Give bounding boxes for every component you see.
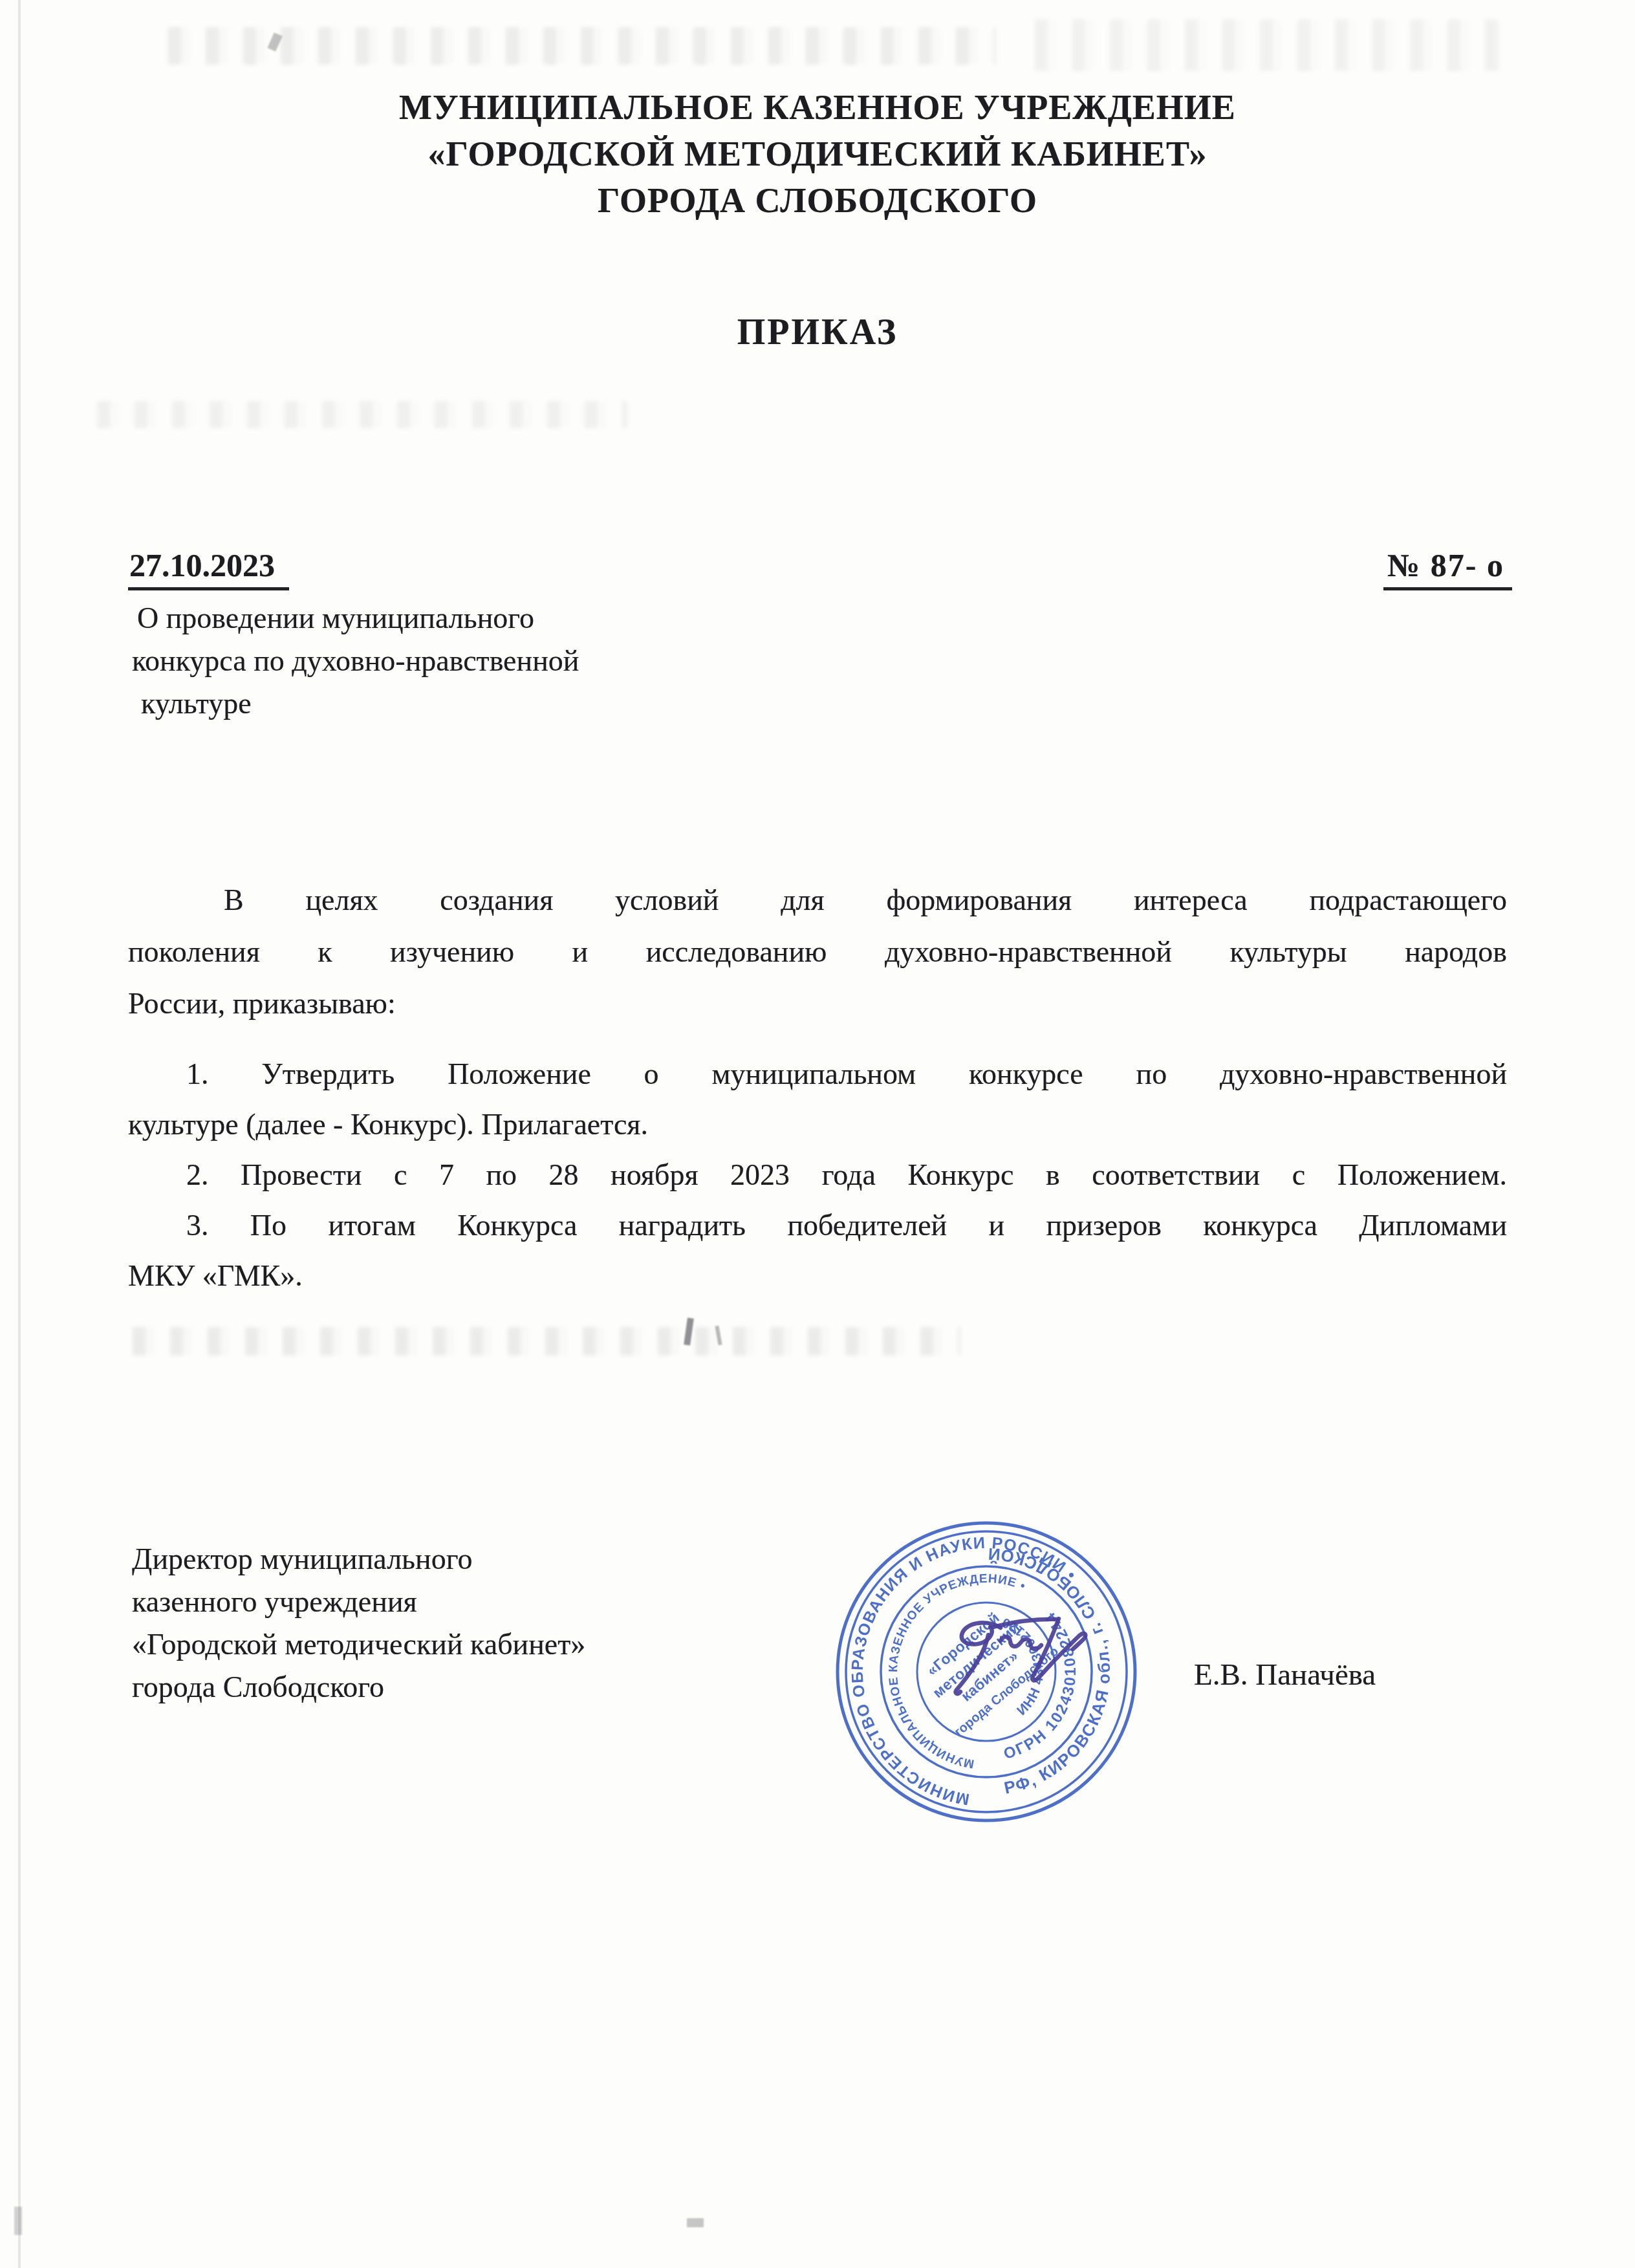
preamble-paragraph: В целях создания условий для формировани… xyxy=(128,874,1507,1030)
order-item-line: МКУ «ГМК». xyxy=(128,1251,1507,1301)
order-item-line: культуре (далее - Конкурс). Прилагается. xyxy=(128,1099,1507,1150)
order-item-line: 3. По итогам Конкурса наградить победите… xyxy=(128,1200,1507,1251)
letterhead: МУНИЦИПАЛЬНОЕ КАЗЕННОЕ УЧРЕЖДЕНИЕ «ГОРОД… xyxy=(0,84,1635,224)
scan-smudge xyxy=(97,401,627,428)
subject-line: конкурса по духовно-нравственной xyxy=(132,640,779,682)
signer-position-line: Директор муниципального xyxy=(132,1538,585,1581)
document-page: МУНИЦИПАЛЬНОЕ КАЗЕННОЕ УЧРЕЖДЕНИЕ «ГОРОД… xyxy=(0,0,1635,2268)
preamble-line: В целях создания условий для формировани… xyxy=(128,874,1507,926)
scan-smudge xyxy=(168,27,996,65)
scan-smudge xyxy=(133,1327,960,1355)
document-type-title: ПРИКАЗ xyxy=(0,313,1635,352)
order-item-line: 2. Провести с 7 по 28 ноября 2023 года К… xyxy=(128,1150,1507,1200)
order-item-line: 1. Утвердить Положение о муниципальном к… xyxy=(128,1049,1507,1099)
official-stamp: МИНИСТЕРСТВО ОБРАЗОВАНИЯ И НАУКИ РОССИИ … xyxy=(792,1478,1180,1866)
org-name-line-3: ГОРОДА СЛОБОДСКОГО xyxy=(0,177,1635,224)
signer-position-line: города Слободского xyxy=(132,1666,585,1709)
document-subject: О проведении муниципального конкурса по … xyxy=(132,597,779,725)
order-items: 1. Утвердить Положение о муниципальном к… xyxy=(128,1049,1507,1301)
subject-line: О проведении муниципального xyxy=(132,597,779,640)
meta-row: 27.10.2023 № 87- о xyxy=(128,547,1512,590)
signer-name: Е.В. Паначёва xyxy=(1194,1656,1376,1694)
org-name-line-2: «ГОРОДСКОЙ МЕТОДИЧЕСКИЙ КАБИНЕТ» xyxy=(0,131,1635,177)
org-name-line-1: МУНИЦИПАЛЬНОЕ КАЗЕННОЕ УЧРЕЖДЕНИЕ xyxy=(0,84,1635,131)
document-number: № 87- о xyxy=(1383,547,1512,590)
document-date: 27.10.2023 xyxy=(128,547,289,590)
scan-speck xyxy=(14,2207,22,2235)
preamble-line: России, приказываю: xyxy=(128,978,1507,1030)
subject-line: культуре xyxy=(132,682,779,725)
preamble-line: поколения к изучению и исследованию духо… xyxy=(128,926,1507,978)
signer-position-line: «Городской методический кабинет» xyxy=(132,1623,585,1666)
signer-position-line: казенного учреждения xyxy=(132,1581,585,1623)
scan-smudge xyxy=(1035,19,1500,71)
scan-speck xyxy=(687,2218,704,2227)
signer-position: Директор муниципального казенного учрежд… xyxy=(132,1538,585,1709)
